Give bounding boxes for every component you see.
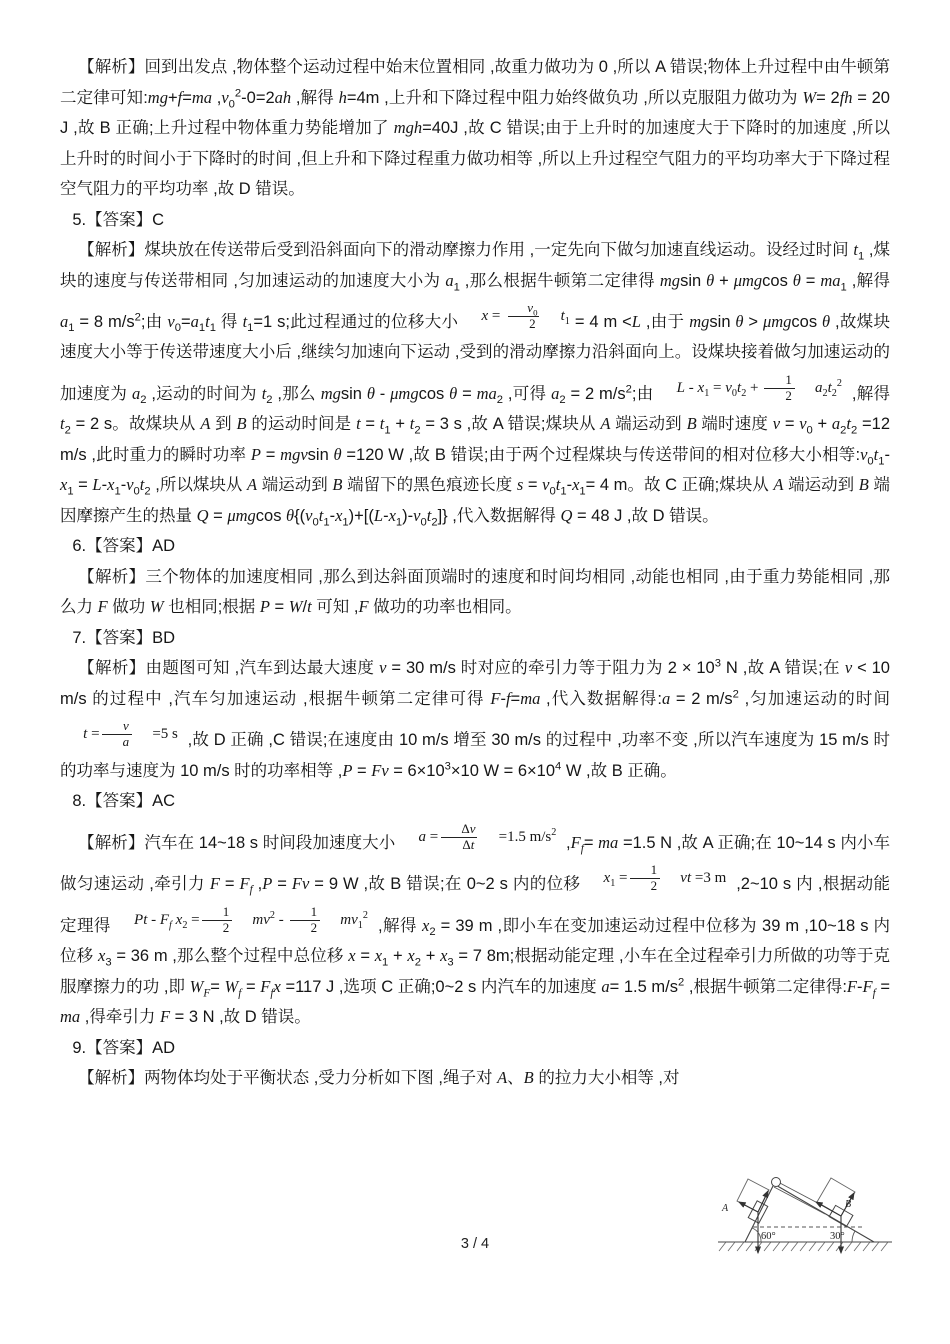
q7-answer: 7.【答案】BD	[60, 623, 890, 654]
q8-answer: 8.【答案】AC	[60, 786, 890, 817]
q6-answer: 6.【答案】AD	[60, 531, 890, 562]
q6-analysis: 【解析】三个物体的加速度相同 ,那么到达斜面顶端时的速度和时间均相同 ,动能也相…	[60, 562, 890, 623]
q8-analysis: 【解析】汽车在 14~18 s 时间段加速度大小a =ΔvΔt=1.5 m/s2…	[60, 817, 890, 1033]
rope	[774, 1182, 829, 1214]
force-parallelogram-b	[817, 1178, 855, 1216]
diagram-label-a: A	[721, 1203, 729, 1214]
q4-analysis: 【解析】回到出发点 ,物体整个运动过程中始末位置相同 ,故重力做功为 0 ,所以…	[60, 52, 890, 205]
q9-analysis: 【解析】两物体均处于平衡状态 ,受力分析如下图 ,绳子对 A、B 的拉力大小相等…	[60, 1063, 710, 1094]
q5-analysis: 【解析】煤块放在传送带后受到沿斜面向下的滑动摩擦力作用 ,一定先向下做匀加速直线…	[60, 235, 890, 531]
force-parallelogram-a	[737, 1179, 769, 1212]
inline-formula: x = v02t1	[463, 296, 570, 337]
document-page: 【解析】回到出发点 ,物体整个运动过程中始末位置相同 ,故重力做功为 0 ,所以…	[0, 0, 950, 1344]
pulley-icon	[772, 1178, 781, 1187]
page-number: 3 / 4	[0, 1234, 950, 1254]
q9-answer: 9.【答案】AD	[60, 1033, 890, 1064]
force-diagram-svg: A B 60° 30°	[712, 1146, 948, 1274]
q7-analysis: 【解析】由题图可知 ,汽车到达最大速度 v = 30 m/s 时对应的牵引力等于…	[60, 653, 890, 786]
paragraphs-container: 【解析】回到出发点 ,物体整个运动过程中始末位置相同 ,故重力做功为 0 ,所以…	[60, 52, 890, 1094]
diagram-label-b: B	[845, 1199, 851, 1210]
inline-formula: Pt - Ff x2 =12mv2 - 12mv12	[116, 900, 368, 941]
inline-formula: a =ΔvΔt=1.5 m/s2	[400, 817, 556, 858]
inline-formula: t =va=5 s	[65, 714, 178, 755]
force-diagram: A B 60° 30°	[712, 1146, 948, 1274]
q5-answer: 5.【答案】C	[60, 205, 890, 236]
inline-formula: x1 =12vt =3 m	[585, 858, 726, 899]
inline-formula: L - x1 = v0t2 + 12a2t22	[659, 368, 842, 409]
